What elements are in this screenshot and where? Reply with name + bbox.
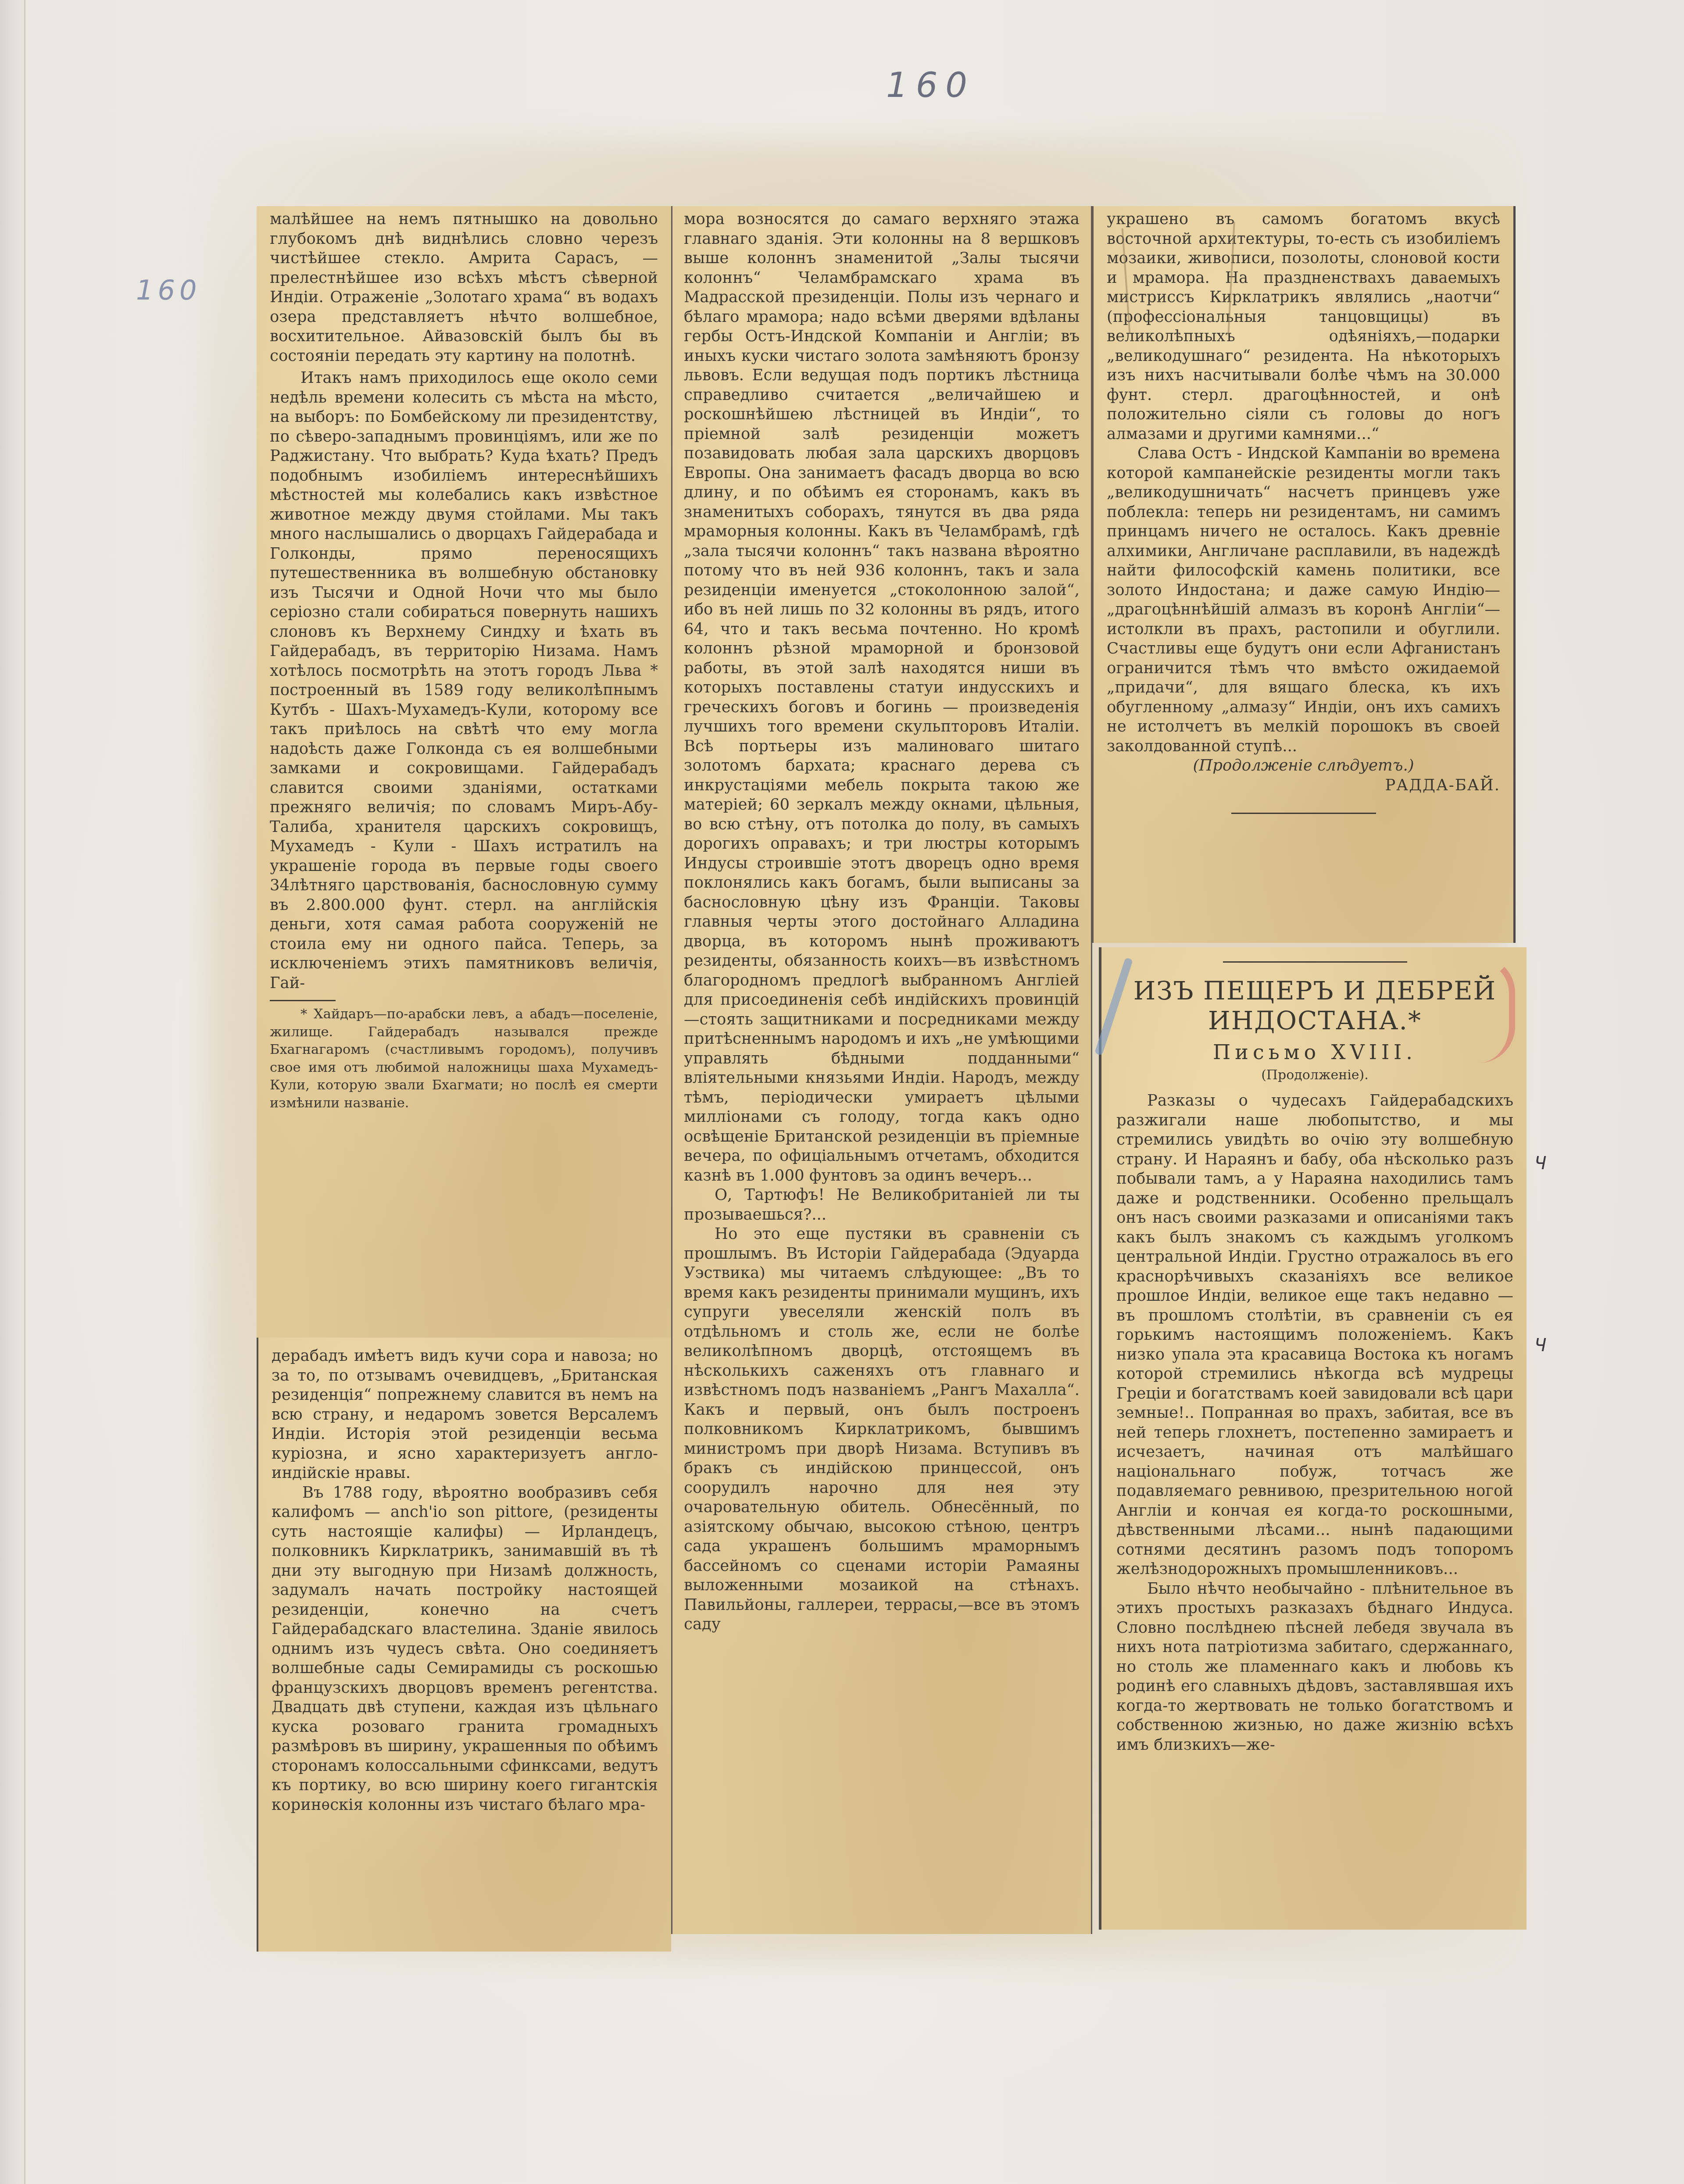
book-gutter-edge xyxy=(24,0,25,2184)
article-title: ИЗЪ ПЕЩЕРЪ И ДЕБРЕЙ ИНДОСТАНА.* xyxy=(1116,976,1513,1035)
page-number-left: 160 xyxy=(136,274,201,306)
margin-mark-2: Ч xyxy=(1534,1335,1546,1356)
footnote-rule xyxy=(270,1000,336,1001)
clipping-middle-column: мора возносятся до самаго верхняго этажа… xyxy=(671,206,1092,1934)
left-continuation-paragraph-2: Въ 1788 году, вѣроятно вообразивъ себя к… xyxy=(272,1483,658,1815)
author-signature: РАДДА-БАЙ. xyxy=(1107,776,1500,796)
middle-paragraph-3: Но это еще пустяки въ сравненіи съ прошл… xyxy=(684,1224,1080,1634)
right-paragraph-2: Слава Остъ - Индской Кампаніи во времена… xyxy=(1107,444,1500,756)
letter-subtitle: (Продолженіе). xyxy=(1116,1066,1513,1085)
middle-paragraph-2: О, Тартюфъ! Не Великобританіей ли ты про… xyxy=(684,1185,1080,1224)
page-number-top: 160 xyxy=(886,66,975,105)
section-rule xyxy=(1231,813,1376,814)
left-continuation-paragraph-1: дерабадъ имѣетъ видъ кучи сора и навоза;… xyxy=(272,1346,658,1483)
article-paragraph-2: Было нѣчто необычайно - плѣнительное въ … xyxy=(1116,1579,1513,1755)
footnote-haidar: * Хайдаръ—по-арабски левъ, а абадъ—посел… xyxy=(270,1006,658,1112)
margin-mark-1: Ч xyxy=(1534,1153,1546,1174)
to-be-continued: (Продолженіе слѣдуетъ.) xyxy=(1107,756,1500,776)
clipping-left-continuation: дерабадъ имѣетъ видъ кучи сора и навоза;… xyxy=(257,1338,671,1952)
clipping-left-column: малѣйшее на немъ пятнышко на довольно гл… xyxy=(257,206,671,1408)
left-paragraph-2: Итакъ намъ приходилось еще около семи не… xyxy=(270,368,658,993)
letter-number: Письмо XVIII. xyxy=(1116,1042,1513,1062)
left-paragraph-1: малѣйшее на немъ пятнышко на довольно гл… xyxy=(270,210,658,366)
clipping-right-column: украшено въ самомъ богатомъ вкусѣ восточ… xyxy=(1092,206,1516,943)
article-top-rule xyxy=(1223,961,1407,963)
right-paragraph-1: украшено въ самомъ богатомъ вкусѣ восточ… xyxy=(1107,210,1500,444)
middle-paragraph-1: мора возносятся до самаго верхняго этажа… xyxy=(684,210,1080,1185)
article-paragraph-1: Разказы о чудесахъ Гайдерабадскихъ разжи… xyxy=(1116,1091,1513,1579)
clipping-article-indostan: ИЗЪ ПЕЩЕРЪ И ДЕБРЕЙ ИНДОСТАНА.* Письмо X… xyxy=(1099,947,1527,1930)
